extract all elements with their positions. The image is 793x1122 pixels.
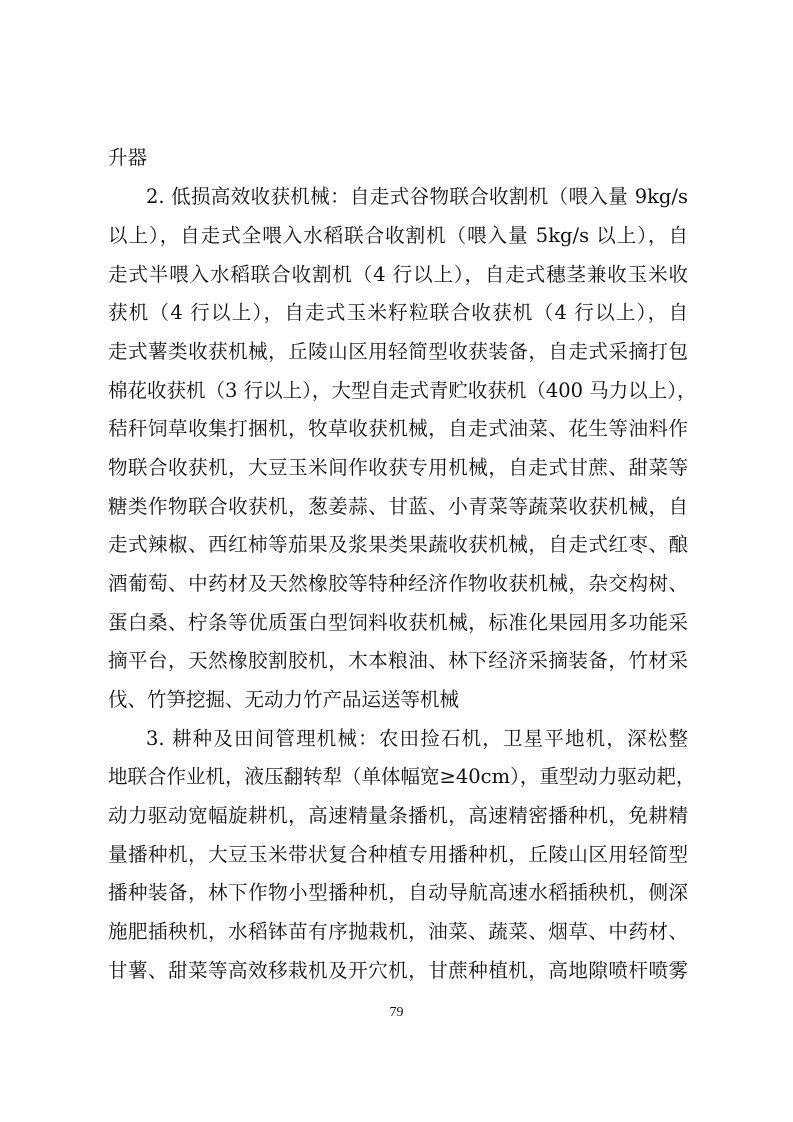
paragraph-line: 走式半喂入水稻联合收割机（4 行以上），自走式穗茎兼收玉米收 bbox=[108, 260, 688, 290]
page-number: 79 bbox=[0, 1005, 793, 1021]
paragraph-line: 以上），自走式全喂入水稻联合收割机（喂入量 5kg/s 以上），自 bbox=[108, 221, 688, 251]
paragraph-line: 升器 bbox=[108, 143, 688, 173]
paragraph-line: 走式薯类收获机械，丘陵山区用轻简型收获装备，自走式采摘打包 bbox=[108, 337, 688, 367]
paragraph-line: 施肥插秧机，水稻钵苗有序抛栽机，油菜、蔬菜、烟草、中药材、 bbox=[108, 917, 688, 947]
paragraph-line: 秸秆饲草收集打捆机，牧草收获机械，自走式油菜、花生等油料作 bbox=[108, 414, 688, 444]
paragraph-line: 物联合收获机，大豆玉米间作收获专用机械，自走式甘蔗、甜菜等 bbox=[108, 453, 688, 483]
paragraph-line: 糖类作物联合收获机，葱姜蒜、甘蓝、小青菜等蔬菜收获机械，自 bbox=[108, 492, 688, 522]
paragraph-line: 播种装备，林下作物小型播种机，自动导航高速水稻插秧机，侧深 bbox=[108, 878, 688, 908]
paragraph-line: 摘平台，天然橡胶割胶机，木本粮油、林下经济采摘装备，竹材采 bbox=[108, 646, 688, 676]
paragraph-line: 走式辣椒、西红柿等茄果及浆果类果蔬收获机械，自走式红枣、酿 bbox=[108, 530, 688, 560]
paragraph-line: 获机（4 行以上），自走式玉米籽粒联合收获机（4 行以上），自 bbox=[108, 298, 688, 328]
paragraph-line: 地联合作业机，液压翻转犁（单体幅宽≥40cm），重型动力驱动耙， bbox=[108, 762, 688, 792]
paragraph-line: 伐、竹笋挖掘、无动力竹产品运送等机械 bbox=[108, 685, 688, 715]
paragraph-line: 酒葡萄、中药材及天然橡胶等特种经济作物收获机械，杂交构树、 bbox=[108, 569, 688, 599]
document-page: 升器 2. 低损高效收获机械：自走式谷物联合收割机（喂入量 9kg/s 以上），… bbox=[0, 0, 793, 1122]
paragraph-line: 动力驱动宽幅旋耕机，高速精量条播机，高速精密播种机，免耕精 bbox=[108, 801, 688, 831]
paragraph-line: 蛋白桑、柠条等优质蛋白型饲料收获机械，标准化果园用多功能采 bbox=[108, 608, 688, 638]
paragraph-line: 量播种机，大豆玉米带状复合种植专用播种机，丘陵山区用轻简型 bbox=[108, 840, 688, 870]
paragraph-line: 棉花收获机（3 行以上），大型自走式青贮收获机（400 马力以上）， bbox=[108, 376, 688, 406]
paragraph-line: 甘薯、甜菜等高效移栽机及开穴机，甘蔗种植机，高地隙喷杆喷雾 bbox=[108, 956, 688, 986]
section-heading-line: 3. 耕种及田间管理机械：农田捡石机，卫星平地机，深松整 bbox=[146, 724, 688, 754]
section-heading-line: 2. 低损高效收获机械：自走式谷物联合收割机（喂入量 9kg/s bbox=[146, 182, 688, 212]
